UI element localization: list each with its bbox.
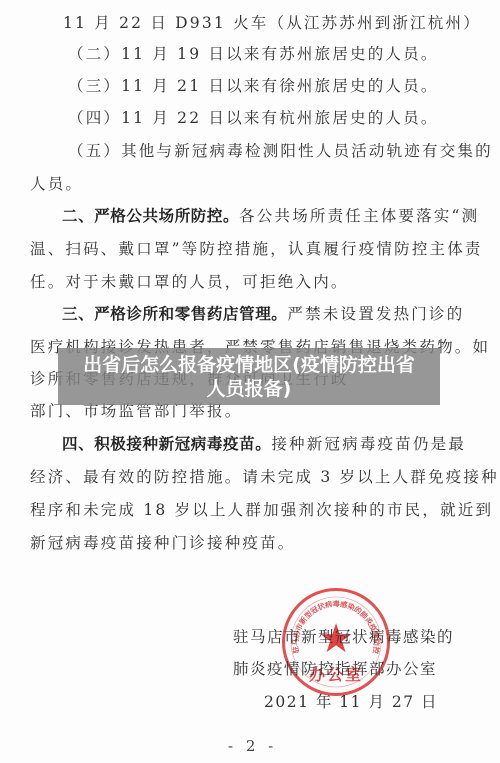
section-3-heading: 三、严格诊所和零售药店管理。 xyxy=(62,305,287,323)
section-2-line-2: 温、扫码、戴口罩”等防控措施，认真履行疫情防控主体责 xyxy=(30,239,483,259)
title-overlay-banner: 出省后怎么报备疫情地区(疫情防控出省人员报备) xyxy=(58,348,440,405)
signature-org-line-1: 驻马店市新型冠状病毒感染的 xyxy=(233,625,454,647)
section-4-line-2: 经济、最有效的防控措施。请未完成 3 岁以上人群免疫接种 xyxy=(30,467,499,487)
overlay-title: 出省后怎么报备疫情地区(疫情防控出省人员报备) xyxy=(74,353,424,401)
doc-line-train: 11 月 22 日 D931 火车（从江苏苏州到浙江杭州） xyxy=(63,13,481,33)
doc-line-item-3: （三）11 月 21 日以来有徐州旅居史的人员。 xyxy=(68,76,439,96)
section-2-heading: 二、严格公共场所防控。 xyxy=(62,207,239,225)
doc-line-item-5-cont: 人员。 xyxy=(30,174,83,194)
page-number: - 2 - xyxy=(228,737,277,755)
doc-line-item-2: （二）11 月 19 日以来有苏州旅居史的人员。 xyxy=(68,44,439,64)
doc-line-item-5: （五）其他与新冠病毒检测阳性人员活动轨迹有交集的 xyxy=(68,141,493,161)
signature-org-line-2: 肺炎疫情防控指挥部办公室 xyxy=(233,657,437,679)
section-2-line-3: 任。对于未戴口罩的人员，可拒绝入内。 xyxy=(30,272,349,292)
section-4-text: 接种新冠病毒疫苗仍是最 xyxy=(271,435,466,453)
section-2-text: 各公共场所责任主体要落实“测 xyxy=(239,207,479,225)
section-4-line-4: 新冠病毒疫苗接种门诊接种疫苗。 xyxy=(30,533,296,553)
signature-date: 2021 年 11 月 27 日 xyxy=(264,690,438,712)
section-2-line-1: 二、严格公共场所防控。各公共场所责任主体要落实“测 xyxy=(62,206,479,226)
section-4-heading: 四、积极接种新冠病毒疫苗。 xyxy=(62,435,271,453)
section-3-line-1: 三、严格诊所和零售药店管理。严禁未设置发热门诊的 xyxy=(62,304,464,324)
section-4-line-1: 四、积极接种新冠病毒疫苗。接种新冠病毒疫苗仍是最 xyxy=(62,434,466,454)
section-3-text: 严禁未设置发热门诊的 xyxy=(287,305,464,323)
section-4-line-3: 程序和未完成 18 岁以上人群加强剂次接种的市民，就近到 xyxy=(30,500,493,520)
doc-line-item-4: （四）11 月 22 日以来有杭州旅居史的人员。 xyxy=(68,108,439,128)
